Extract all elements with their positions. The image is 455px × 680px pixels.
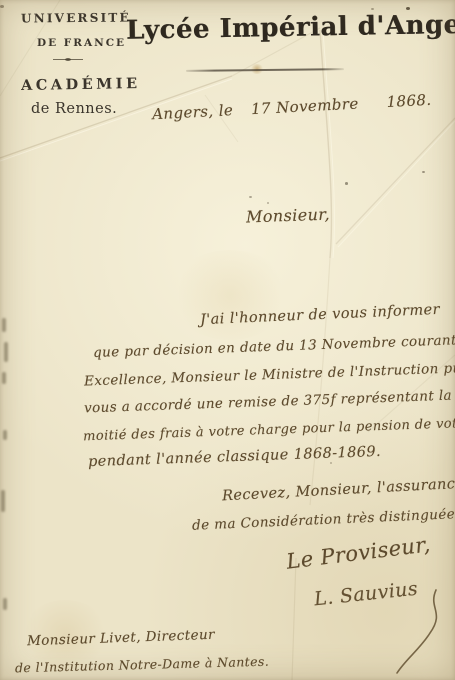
closing-line: de ma Considération très distinguée xyxy=(192,506,455,533)
addressee-line: Monsieur Livet, Directeur xyxy=(27,627,215,650)
body-line: que par décision en date du 13 Novembre … xyxy=(93,331,455,361)
body-line: vous a accordé une remise de 375f représ… xyxy=(84,388,452,417)
dateline-date: 17 Novembre xyxy=(251,95,359,119)
letter-document: UNIVERSITÉ DE FRANCE ACADÉMIE de Rennes.… xyxy=(0,0,455,680)
ink-speck xyxy=(0,5,4,8)
body-line: J'ai l'honneur de vous informer xyxy=(200,302,440,328)
letterhead-universite: UNIVERSITÉ xyxy=(21,11,131,26)
ink-bleed-mark xyxy=(1,490,5,512)
ink-bleed-mark xyxy=(2,372,6,384)
body-line: Excellence, Monsieur le Ministre de l'In… xyxy=(84,359,455,390)
dateline: Angers, le17 Novembre1868. xyxy=(152,91,432,124)
closing-line: Recevez, Monsieur, l'assurance xyxy=(222,476,455,505)
ink-bleed-mark xyxy=(2,318,6,332)
ink-speck xyxy=(345,182,348,185)
salutation: Monsieur, xyxy=(246,205,331,227)
ink-speck xyxy=(422,171,425,173)
ink-bleed-mark xyxy=(4,342,8,362)
body-line: pendant l'année classique 1868-1869. xyxy=(88,444,381,470)
letterhead-academy-city: de Rennes. xyxy=(31,101,117,117)
dateline-place: Angers, le xyxy=(152,101,234,123)
ink-speck xyxy=(371,8,374,10)
ink-speck xyxy=(406,7,410,10)
ink-speck xyxy=(330,462,332,464)
body-line: moitié des frais à votre charge pour la … xyxy=(83,415,455,445)
signature-role: Le Proviseur, xyxy=(285,532,432,573)
ink-speck xyxy=(249,196,252,198)
addressee-line: de l'Institution Notre-Dame à Nantes. xyxy=(15,654,269,676)
title-underline-rule xyxy=(186,68,344,72)
letterhead-title: Lycée Impérial d'Angers xyxy=(126,10,442,46)
letterhead-divider-ornament xyxy=(53,58,83,61)
ink-speck xyxy=(267,202,269,204)
signature-name: L. Sauvius xyxy=(313,578,419,611)
dateline-year: 1868. xyxy=(386,91,432,111)
letterhead-de-france: DE FRANCE xyxy=(37,37,126,49)
ink-bleed-mark xyxy=(3,430,7,440)
letterhead-academie: ACADÉMIE xyxy=(21,75,141,94)
ink-bleed-mark xyxy=(3,598,7,610)
